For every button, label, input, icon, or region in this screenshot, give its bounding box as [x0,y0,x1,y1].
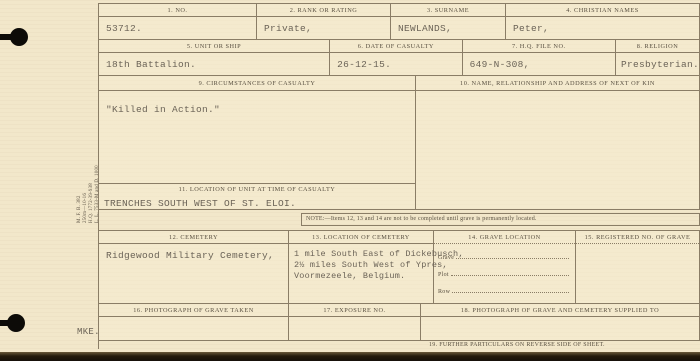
field-christian-names-value: Peter, [506,17,699,34]
field-surname-value: NEWLANDS, [391,17,505,34]
field-registered-no-value [576,244,699,250]
field-rank-value: Private, [257,17,390,34]
field-unit: 5. UNIT OR SHIP 18th Battalion. [99,40,330,75]
field-rank: 2. RANK OR RATING Private, [257,4,391,39]
field-religion-value: Presbyterian. [616,53,699,70]
field-circumstances-body: "Killed in Action." [99,91,415,183]
dotted-rule [456,258,569,259]
field-service-number-label: 1. NO. [99,4,256,17]
field-religion: 8. RELIGION Presbyterian. [616,40,699,75]
field-circumstances-value: "Killed in Action." [106,104,220,115]
field-surname: 3. SURNAME NEWLANDS, [391,4,506,39]
dotted-rule [452,292,569,293]
field-cemetery-value: Ridgewood Military Cemetery, [99,244,288,261]
field-registered-no-label: 15. REGISTERED NO. OF GRAVE [576,231,699,244]
field-hq-file-no-label: 7. H.Q. FILE NO. [463,40,615,53]
field-photo-supplied-label: 18. PHOTOGRAPH OF GRAVE AND CEMETERY SUP… [421,304,699,317]
field-grave-location: 14. GRAVE LOCATION Grave Plot Row [434,231,576,303]
row-line: Row [434,278,575,295]
punch-hole-icon [7,314,25,332]
field-hq-file-no-value: 649-N-308, [463,53,615,70]
field-unit-location-value: TRENCHES SOUTH WEST OF ST. ELOI. [99,195,415,209]
field-grave-location-label: 14. GRAVE LOCATION [434,231,575,244]
field-service-number: 1. NO. 53712. [99,4,257,39]
field-unit-label: 5. UNIT OR SHIP [99,40,329,53]
row-line-label: Row [438,289,450,295]
field-cemetery-location: 13. LOCATION OF CEMETERY 1 mile South Ea… [289,231,434,303]
field-christian-names-label: 4. CHRISTIAN NAMES [506,4,699,17]
dotted-rule [451,275,569,276]
footer-note: 19. FURTHER PARTICULARS ON REVERSE SIDE … [429,342,605,348]
field-exposure-no-label: 17. EXPOSURE NO. [289,304,420,317]
casualty-record-form: 1. NO. 53712. 2. RANK OR RATING Private,… [98,3,700,349]
punch-hole-icon [10,28,28,46]
field-cemetery: 12. CEMETERY Ridgewood Military Cemetery… [99,231,289,303]
field-hq-file-no: 7. H.Q. FILE NO. 649-N-308, [463,40,616,75]
field-next-of-kin-body [416,91,699,209]
field-cemetery-location-label: 13. LOCATION OF CEMETERY [289,231,433,244]
field-religion-label: 8. RELIGION [616,40,699,53]
note-band: NOTE:—Items 12, 13 and 14 are not to be … [98,210,700,230]
field-cemetery-location-line3: Voormezeele, Belgium. [289,271,433,282]
field-cemetery-label: 12. CEMETERY [99,231,288,244]
field-exposure-no: 17. EXPOSURE NO. [289,304,421,340]
scan-bottom-edge [0,352,700,361]
row-circumstances: 9. CIRCUMSTANCES OF CASUALTY "Killed in … [98,75,700,210]
field-photo-supplied: 18. PHOTOGRAPH OF GRAVE AND CEMETERY SUP… [421,304,699,340]
clerk-initials: MKE. [77,327,100,337]
field-rank-label: 2. RANK OR RATING [257,4,390,17]
field-date-of-casualty: 6. DATE OF CASUALTY 26-12-15. [330,40,462,75]
field-surname-label: 3. SURNAME [391,4,505,17]
field-photo-taken-label: 16. PHOTOGRAPH OF GRAVE TAKEN [99,304,288,317]
grave-line: Grave [434,244,575,261]
note-items-12-13-14: NOTE:—Items 12, 13 and 14 are not to be … [301,213,700,226]
row-cemetery: 12. CEMETERY Ridgewood Military Cemetery… [98,230,700,304]
field-christian-names: 4. CHRISTIAN NAMES Peter, [506,4,699,39]
field-photo-supplied-value [421,317,699,323]
field-cemetery-location-line2: 2½ miles South West of Ypres, [289,260,433,271]
field-exposure-no-value [289,317,420,323]
field-date-of-casualty-value: 26-12-15. [330,53,461,70]
plot-line: Plot [434,261,575,278]
field-next-of-kin: 10. NAME, RELATIONSHIP AND ADDRESS OF NE… [416,76,699,209]
field-cemetery-location-line1: 1 mile South East of Dickebusch, [289,249,433,260]
field-unit-value: 18th Battalion. [99,53,329,70]
field-circumstances-label: 9. CIRCUMSTANCES OF CASUALTY [99,76,415,91]
field-photo-taken-value [99,317,288,323]
field-unit-location-label: 11. LOCATION OF UNIT AT TIME OF CASUALTY [99,183,415,195]
field-date-of-casualty-label: 6. DATE OF CASUALTY [330,40,461,53]
field-next-of-kin-label: 10. NAME, RELATIONSHIP AND ADDRESS OF NE… [416,76,699,91]
field-service-number-value: 53712. [99,17,256,34]
field-circumstances: 9. CIRCUMSTANCES OF CASUALTY "Killed in … [99,76,416,209]
field-photo-taken: 16. PHOTOGRAPH OF GRAVE TAKEN [99,304,289,340]
row-photographs: 16. PHOTOGRAPH OF GRAVE TAKEN 17. EXPOSU… [98,303,700,341]
row-identity: 1. NO. 53712. 2. RANK OR RATING Private,… [98,3,700,40]
footer-band: 19. FURTHER PARTICULARS ON REVERSE SIDE … [98,341,700,349]
row-unit: 5. UNIT OR SHIP 18th Battalion. 6. DATE … [98,39,700,76]
field-cemetery-location-body: 1 mile South East of Dickebusch, 2½ mile… [289,244,433,282]
field-registered-no: 15. REGISTERED NO. OF GRAVE [576,231,699,303]
